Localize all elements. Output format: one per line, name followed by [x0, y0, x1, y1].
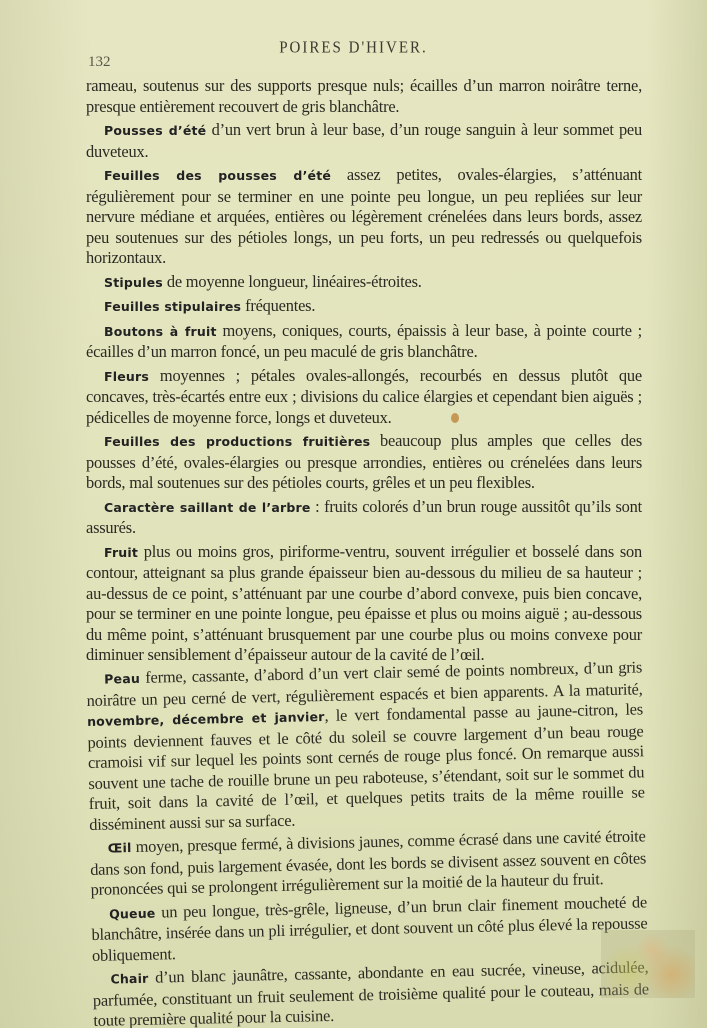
paragraph-caractere: Caractère saillant de l’arbre : fruits c…: [86, 497, 642, 539]
paragraph-fleurs: Fleurs moyennes ; pétales ovales-allongé…: [86, 366, 642, 429]
paragraph-text: moyennes ; pétales ovales-allongés, reco…: [86, 366, 642, 427]
page-number: 132: [88, 54, 111, 71]
keyword: Pousses d’été: [104, 123, 206, 138]
keyword-maturity: novembre, décembre et janvier: [87, 709, 325, 729]
keyword: Chair: [110, 970, 148, 986]
paragraph-feuilles-productions: Feuilles des productions fruitières beau…: [86, 431, 642, 494]
keyword: Boutons à fruit: [104, 324, 217, 339]
paragraph-text: moyen, presque fermé, à divisions jaunes…: [90, 826, 646, 899]
reflection-artifact: [601, 930, 695, 998]
keyword: Fleurs: [104, 369, 149, 384]
keyword: Queue: [109, 905, 156, 921]
paragraph-stipules: Stipules de moyenne longueur, linéaires-…: [86, 272, 642, 294]
keyword: Peau: [104, 670, 140, 686]
paragraph-continuation: rameau, soutenus sur des supports presqu…: [86, 76, 642, 117]
page-gutter-shadow: [0, 0, 90, 1028]
paragraph-chair: Chair d’un blanc jaunâtre, cassante, abo…: [92, 957, 649, 1028]
page-edge-shadow: [647, 0, 707, 1028]
keyword: Feuilles des pousses d’été: [104, 168, 331, 183]
paragraph-boutons: Boutons à fruit moyens, coniques, courts…: [86, 321, 642, 363]
keyword: Feuilles stipulaires: [104, 299, 241, 314]
paragraph-queue: Queue un peu longue, très-grêle, ligneus…: [91, 891, 648, 965]
paragraph-fruit: Fruit plus ou moins gros, piriforme-vent…: [86, 542, 642, 666]
paragraph-text: rameau, soutenus sur des supports presqu…: [86, 76, 642, 116]
keyword: Feuilles des productions fruitières: [104, 434, 370, 449]
paragraph-text: plus ou moins gros, piriforme-ventru, so…: [86, 542, 642, 665]
keyword: Stipules: [104, 275, 163, 290]
keyword: Œil: [108, 840, 132, 855]
paragraph-text: de moyenne longueur, linéaires-étroites.: [163, 272, 422, 291]
keyword: Fruit: [104, 545, 138, 560]
paragraph-text: fréquentes.: [241, 296, 315, 315]
paragraph-peau: Peau ferme, cassante, d’abord d’un vert …: [86, 657, 645, 835]
paragraph-text: d’un blanc jaunâtre, cassante, abondante…: [93, 957, 649, 1028]
paragraph-feuilles-stipulaires: Feuilles stipulaires fréquentes.: [86, 296, 642, 318]
curved-text-region: Peau ferme, cassante, d’abord d’un vert …: [86, 657, 649, 1028]
paragraph-pousses: Pousses d’été d’un vert brun à leur base…: [86, 120, 642, 162]
paragraph-oeil: Œil moyen, presque fermé, à divisions ja…: [90, 826, 647, 900]
keyword: Caractère saillant de l’arbre: [104, 500, 311, 515]
paragraph-feuilles-pousses: Feuilles des pousses d’été assez petites…: [86, 165, 642, 269]
book-text: rameau, soutenus sur des supports presqu…: [86, 76, 642, 1028]
paper-stain: [451, 413, 459, 423]
paragraph-text: un peu longue, très-grêle, ligneuse, d’u…: [91, 891, 647, 964]
